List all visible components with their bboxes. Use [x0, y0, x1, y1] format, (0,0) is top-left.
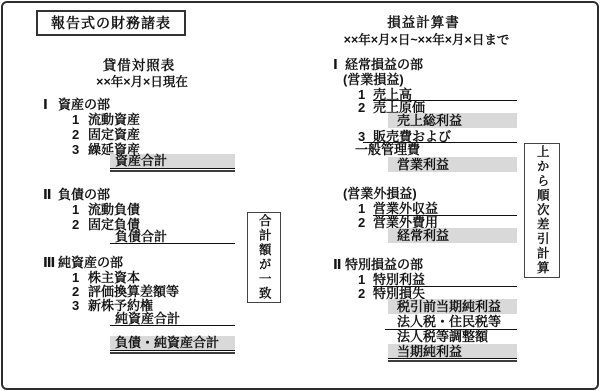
income-statement-title: 損益計算書: [322, 15, 525, 30]
is-subsection-non-operating: (営業外損益): [330, 186, 517, 201]
section-label: 負債の部: [58, 187, 110, 202]
item-label-continued: 一般管理費: [355, 142, 420, 157]
is-gross-profit: 売上総利益: [388, 113, 517, 128]
item-label: 固定資産: [88, 127, 140, 142]
total-rule-line: [363, 142, 517, 143]
item-number: 1: [358, 272, 365, 287]
income-statement-column: 損益計算書 ××年×月×日~××年×月×日まで Ⅰ 経常損益の部 (営業損益) …: [330, 0, 517, 391]
bs-item-current-liabilities: 1 流動負債: [43, 202, 235, 217]
balance-sheet-column: 貸借対照表 ××年×月×日現在 Ⅰ 資産の部 1 流動資産 2 固定資産 3 繰…: [43, 0, 235, 391]
roman-numeral: Ⅰ: [333, 57, 338, 72]
item-number: 3: [72, 142, 79, 157]
bs-item-shareholders-equity: 1 株主資本: [43, 270, 235, 285]
bs-item-fixed-assets: 2 固定資産: [43, 127, 235, 142]
is-pretax-profit: 税引前当期純利益: [388, 299, 517, 314]
item-number: 1: [72, 202, 79, 217]
is-item-cost-of-sales: 2 売上原価: [330, 100, 517, 113]
balance-sheet-date: ××年×月×日現在: [29, 75, 255, 89]
bs-item-current-assets: 1 流動資産: [43, 112, 235, 127]
is-item-non-operating-income: 1 営業外収益: [330, 201, 517, 216]
is-net-profit: 当期純利益: [388, 344, 517, 359]
is-section-ordinary: Ⅰ 経常損益の部: [330, 57, 517, 72]
item-number: 2: [358, 215, 365, 230]
item-label: 特別利益: [373, 272, 425, 287]
bs-total-assets: 資産合計: [110, 154, 235, 169]
bs-total-liabilities: 負債合計: [110, 230, 235, 244]
sequential-subtraction-note: 上から順次差引計算: [536, 145, 549, 276]
total-rule-line: [373, 286, 517, 287]
income-statement-date: ××年×月×日~××年×月×日まで: [316, 33, 537, 47]
item-number: 2: [358, 100, 365, 115]
bs-section-liabilities: Ⅱ 負債の部: [43, 187, 235, 202]
item-label: 評価換算差額等: [88, 284, 179, 299]
section-label: 経常損益の部: [345, 57, 423, 72]
is-item-extraordinary-losses: 2 特別損失: [330, 286, 517, 299]
item-label: 法人税・住民税等: [397, 314, 501, 329]
roman-numeral: Ⅰ: [43, 97, 48, 112]
sequential-subtraction-note-box: 上から順次差引計算: [524, 143, 560, 278]
bs-total-liabilities-net-assets: 負債・純資産合計: [110, 336, 235, 351]
item-number: 2: [72, 284, 79, 299]
bs-item-valuation-adjustments: 2 評価換算差額等: [43, 284, 235, 299]
item-number: 2: [358, 286, 365, 301]
item-label: 法人税等調整額: [397, 329, 488, 344]
roman-numeral: Ⅱ: [333, 257, 342, 272]
is-subsection-operating: (営業損益): [330, 72, 517, 87]
is-section-extraordinary: Ⅱ 特別損益の部: [330, 257, 517, 272]
roman-numeral: Ⅲ: [43, 255, 55, 270]
financial-statements-diagram: 報告式の財務諸表 貸借対照表 ××年×月×日現在 Ⅰ 資産の部 1 流動資産 2…: [0, 0, 600, 391]
item-number: 2: [72, 217, 79, 232]
roman-numeral: Ⅱ: [43, 187, 52, 202]
item-label: 流動資産: [88, 112, 140, 127]
item-label: 営業外収益: [373, 201, 438, 216]
is-operating-profit: 営業利益: [388, 157, 517, 172]
total-rule-line: [373, 100, 517, 101]
is-item-non-operating-expenses: 2 営業外費用: [330, 215, 517, 228]
subsection-label: (営業外損益): [343, 186, 417, 201]
item-label: 流動負債: [88, 202, 140, 217]
is-item-extraordinary-gains: 1 特別利益: [330, 272, 517, 287]
section-label: 特別損益の部: [345, 257, 423, 272]
total-rule-line: [385, 329, 517, 330]
bs-section-net-assets: Ⅲ 純資産の部: [43, 255, 235, 270]
subsection-label: (営業損益): [343, 72, 404, 87]
is-item-income-taxes: 法人税・住民税等: [330, 314, 517, 329]
item-number: 1: [72, 270, 79, 285]
is-item-tax-adjustments: 法人税等調整額: [330, 329, 517, 342]
item-label: 株主資本: [88, 270, 140, 285]
item-number: 3: [72, 298, 79, 313]
bs-section-assets: Ⅰ 資産の部: [43, 97, 235, 112]
totals-match-note: 合計額が一致: [258, 214, 271, 301]
item-number: 2: [72, 127, 79, 142]
total-rule-line: [373, 215, 517, 216]
bs-total-net-assets: 純資産合計: [110, 312, 235, 326]
section-label: 純資産の部: [58, 255, 123, 270]
is-item-sga-continued: 一般管理費: [330, 142, 517, 157]
totals-match-note-box: 合計額が一致: [247, 212, 281, 303]
balance-sheet-title: 貸借対照表: [35, 58, 243, 73]
item-number: 1: [358, 201, 365, 216]
item-number: 1: [72, 112, 79, 127]
is-ordinary-profit: 経常利益: [388, 228, 517, 243]
section-label: 資産の部: [58, 97, 110, 112]
